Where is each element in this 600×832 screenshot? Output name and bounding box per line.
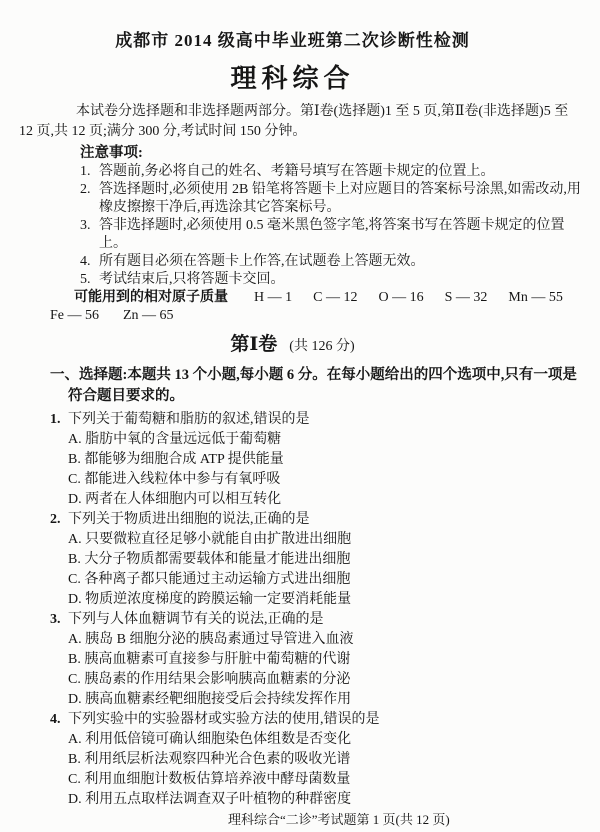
question-number: 2. [50, 510, 68, 530]
note-text: 答非选择题时,必须使用 0.5 毫米黑色签字笔,将答案书写在答题卡规定的位置上。 [99, 218, 565, 251]
note-item: 4.所有题目必须在答题卡上作答,在试题卷上答题无效。 [80, 253, 588, 271]
option-line: A. 胰岛 B 细胞分泌的胰岛素通过导管进入血液 [68, 630, 600, 650]
option-line: C. 都能进入线粒体中参与有氧呼吸 [68, 470, 600, 490]
page-title: 成都市 2014 级高中毕业班第二次诊断性检测 [0, 30, 585, 52]
option-line: D. 胰高血糖素经靶细胞接受后会持续发挥作用 [68, 690, 600, 710]
section-heading: 第Ⅰ卷(共 126 分) [0, 333, 585, 359]
option-line: B. 胰高血糖素可直接参与肝脏中葡萄糖的代谢 [68, 650, 600, 670]
question-stem: 下列与人体血糖调节有关的说法,正确的是 [68, 612, 324, 627]
note-item: 5.考试结束后,只将答题卡交回。 [80, 271, 588, 289]
option-line: D. 物质逆浓度梯度的跨膜运输一定要消耗能量 [68, 590, 600, 610]
section-volume-title: 第Ⅰ卷 [230, 334, 277, 355]
page-footer: 理科综合“二诊”考试题第 1 页(共 12 页) [228, 812, 600, 828]
option-line: B. 都能够为细胞合成 ATP 提供能量 [68, 450, 600, 470]
question-stem: 下列关于物质进出细胞的说法,正确的是 [68, 512, 310, 527]
question-stem: 下列实验中的实验器材或实验方法的使用,错误的是 [68, 712, 380, 727]
option-line: A. 脂肪中氧的含量远远低于葡萄糖 [68, 430, 600, 450]
option-line: A. 利用低倍镜可确认细胞染色体组数是否变化 [68, 730, 600, 750]
note-item: 3.答非选择题时,必须使用 0.5 毫米黑色签字笔,将答案书写在答题卡规定的位置… [80, 217, 588, 253]
atomic-mass-value: Mn — 55 [508, 290, 562, 305]
question: 3.下列与人体血糖调节有关的说法,正确的是 [50, 610, 588, 630]
note-text: 所有题目必须在答题卡上作答,在试题卷上答题无效。 [99, 254, 425, 269]
subject-title: 理科综合 [0, 64, 585, 94]
note-number: 3. [80, 217, 99, 235]
option-line: C. 各种离子都只能通过主动运输方式进出细胞 [68, 570, 600, 590]
option-line: B. 利用纸层析法观察四种光合色素的吸收光谱 [68, 750, 600, 770]
option-line: C. 胰岛素的作用结果会影响胰高血糖素的分泌 [68, 670, 600, 690]
question-number: 3. [50, 610, 68, 630]
note-item: 1.答题前,务必将自己的姓名、考籍号填写在答题卡规定的位置上。 [80, 163, 588, 181]
section-score: (共 126 分) [289, 339, 354, 354]
notes-heading: 注意事项: [80, 144, 600, 163]
note-number: 4. [80, 253, 99, 271]
atomic-masses-line-2: Fe — 56Zn — 65 [50, 307, 600, 325]
atomic-masses-label: 可能用到的相对原子质量 [74, 290, 228, 305]
note-item: 2.答选择题时,必须使用 2B 铅笔将答题卡上对应题目的答案标号涂黑,如需改动,… [80, 181, 588, 217]
choice-section-instruction: 一、选择题:本题共 13 个小题,每小题 6 分。在每小题给出的四个选项中,只有… [50, 365, 588, 407]
option-line: A. 只要微粒直径足够小就能自由扩散进出细胞 [68, 530, 600, 550]
note-number: 2. [80, 181, 99, 199]
atomic-mass-value: H — 1 [254, 290, 292, 305]
option-line: D. 两者在人体细胞内可以相互转化 [68, 490, 600, 510]
note-text: 答选择题时,必须使用 2B 铅笔将答题卡上对应题目的答案标号涂黑,如需改动,用橡… [99, 182, 581, 215]
exam-paper-page: 成都市 2014 级高中毕业班第二次诊断性检测 理科综合 本试卷分选择题和非选择… [0, 0, 600, 832]
option-line: C. 利用血细胞计数板估算培养液中酵母菌数量 [68, 770, 600, 790]
note-number: 5. [80, 271, 99, 289]
option-line: D. 利用五点取样法调查双子叶植物的种群密度 [68, 790, 600, 810]
question-number: 1. [50, 410, 68, 430]
intro-paragraph: 本试卷分选择题和非选择题两部分。第Ⅰ卷(选择题)1 至 5 页,第Ⅱ卷(非选择题… [19, 102, 585, 142]
atomic-mass-value: S — 32 [445, 290, 488, 305]
note-text: 考试结束后,只将答题卡交回。 [99, 272, 285, 287]
question-number: 4. [50, 710, 68, 730]
atomic-mass-value: Zn — 65 [123, 308, 174, 323]
atomic-mass-value: O — 16 [378, 290, 423, 305]
question-stem: 下列关于葡萄糖和脂肪的叙述,错误的是 [68, 412, 310, 427]
question: 2.下列关于物质进出细胞的说法,正确的是 [50, 510, 588, 530]
note-number: 1. [80, 163, 99, 181]
question: 1.下列关于葡萄糖和脂肪的叙述,错误的是 [50, 410, 588, 430]
atomic-mass-value: Fe — 56 [50, 308, 99, 323]
atomic-mass-value: C — 12 [313, 290, 357, 305]
atomic-masses-line-1: 可能用到的相对原子质量H — 1C — 12O — 16S — 32Mn — 5… [74, 289, 600, 307]
note-text: 答题前,务必将自己的姓名、考籍号填写在答题卡规定的位置上。 [99, 164, 495, 179]
option-line: B. 大分子物质都需要载体和能量才能进出细胞 [68, 550, 600, 570]
question-list: 1.下列关于葡萄糖和脂肪的叙述,错误的是 A. 脂肪中氧的含量远远低于葡萄糖 B… [0, 410, 600, 810]
question: 4.下列实验中的实验器材或实验方法的使用,错误的是 [50, 710, 588, 730]
